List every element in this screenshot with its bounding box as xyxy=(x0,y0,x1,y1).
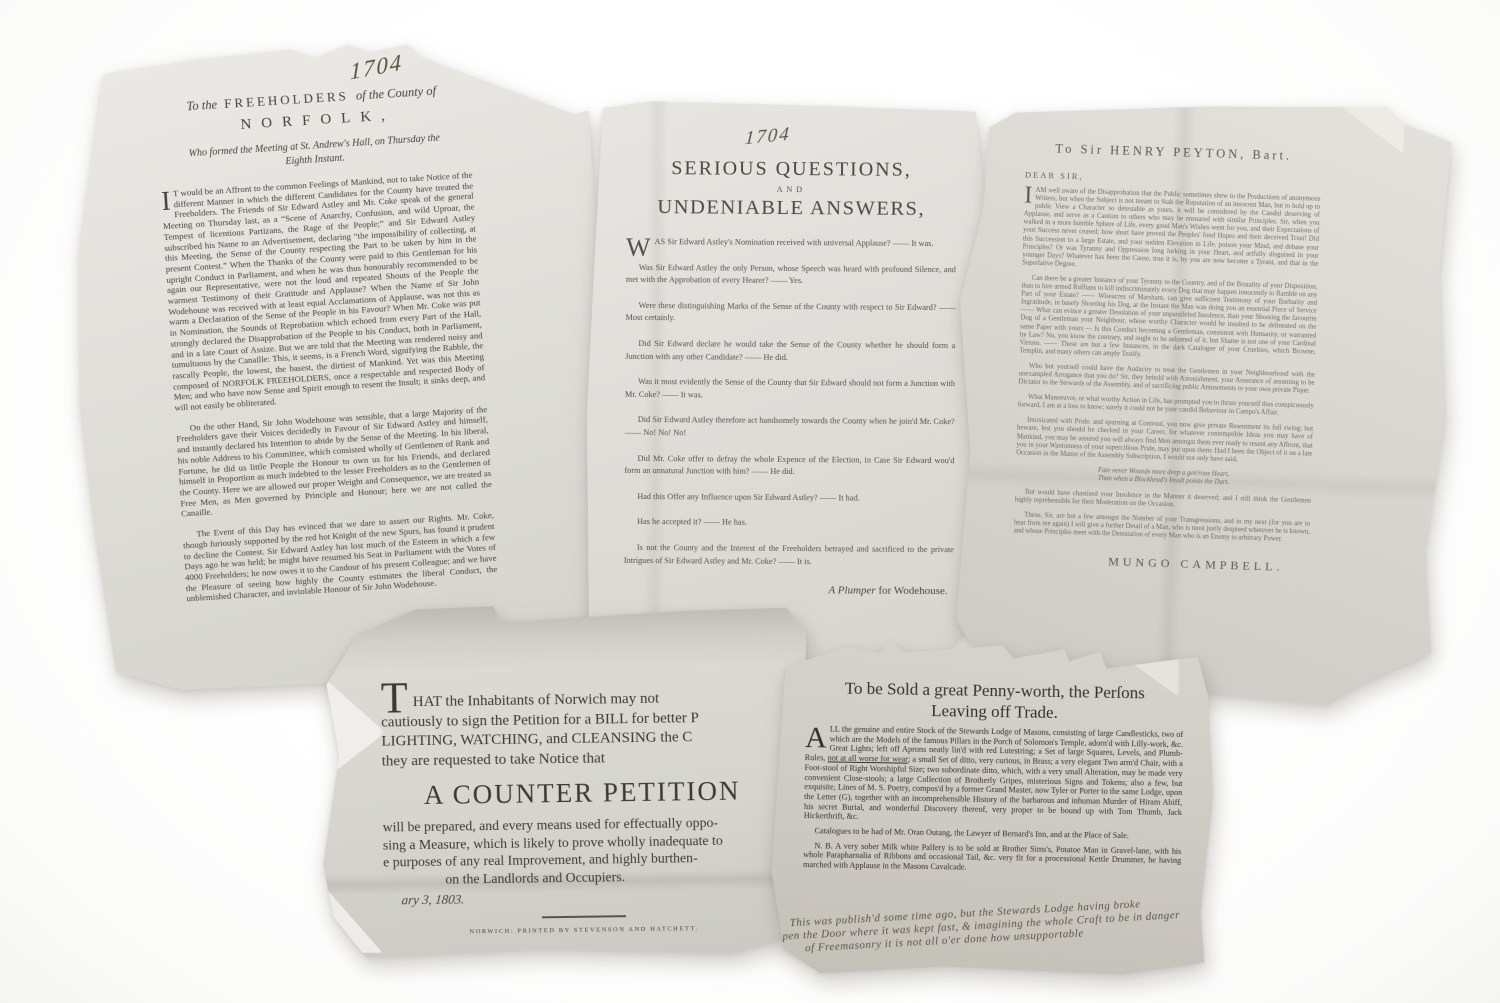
penny-worth-paragraph-3: N. B. A very sober Milk white Palfery is… xyxy=(803,841,1181,876)
penny-worth-underlined-phrase: not at all worse for wear xyxy=(828,754,909,764)
peyton-paragraph-2: Can there be a greater Instance of your … xyxy=(1019,274,1317,364)
peyton-paragraph-7: These, Sir, are but a few amongst the Nu… xyxy=(1014,511,1311,545)
counter-petition-paper-sheet: THAT the Inhabitants of Norwich may not … xyxy=(318,601,811,960)
questions-signature-italic: A Plumper xyxy=(828,584,875,596)
question-answer-item: Was Sir Edward Astley the only Person, w… xyxy=(626,261,956,288)
printers-rule xyxy=(542,915,626,918)
folded-corner xyxy=(1338,105,1406,159)
questions-signature-rest: for Wodehouse. xyxy=(876,585,948,598)
norfolk-title-part-freeholders: FREEHOLDERS xyxy=(224,88,349,111)
peyton-paragraph-6: But would have chastised your Insolence … xyxy=(1015,488,1311,513)
handbill-counter-petition: THAT the Inhabitants of Norwich may not … xyxy=(318,601,811,960)
questions-title-and: AND xyxy=(626,184,956,195)
peyton-verse: Fate never Wounds more deep a gen'rous H… xyxy=(1015,464,1311,490)
question-answer-lead-text: AS Sir Edward Astley's Nomination receiv… xyxy=(655,237,934,248)
penny-worth-paragraph-1-post: ; a small Set of ditto, very curious, in… xyxy=(804,755,1183,821)
broadside-serious-questions: 1704 SERIOUS QUESTIONS, AND UNDENIABLE A… xyxy=(583,99,990,679)
norfolk-text-block: To the FREEHOLDERS of the County of NORF… xyxy=(155,81,498,605)
counter-petition-date: ary 3, 1803. xyxy=(401,887,784,908)
folded-corner xyxy=(321,883,382,954)
peyton-paragraph-1-text: AM well aware of the Disapprobation that… xyxy=(1022,187,1320,268)
norfolk-dropcap: I xyxy=(161,190,171,213)
questions-dropcap: W xyxy=(626,237,651,259)
norfolk-paragraph-3: The Event of this Day has evinced that w… xyxy=(182,510,498,604)
norfolk-paragraph-2: On the other Hand, Sir John Wodehouse wa… xyxy=(175,404,492,520)
penny-worth-paragraph-1: ALL the genuine and entire Stock of the … xyxy=(804,724,1183,827)
question-answer-item: Was it most evidently the Sense of the C… xyxy=(625,376,955,403)
top-fold-crease xyxy=(318,601,807,672)
peyton-text-block: To Sir HENRY PEYTON, Bart. DEAR SIR, IAM… xyxy=(1013,141,1322,576)
norfolk-title-part-to-the: To the xyxy=(186,97,217,113)
handwritten-year-1704: 1704 xyxy=(350,49,403,85)
question-answer-item: Did Mr. Coke offer to defray the whole E… xyxy=(624,452,954,479)
counter-petition-lead-line1-text: HAT the Inhabitants of Norwich may not xyxy=(413,691,660,710)
notice-penny-worth-sale: To be Sold a great Penny-worth, the Perſ… xyxy=(767,637,1215,980)
questions-signature: A Plumper for Wodehouse. xyxy=(624,583,954,597)
norfolk-paragraph-1: IT would be an Affront to the common Fee… xyxy=(161,170,486,414)
counter-petition-headline: A COUNTER PETITION xyxy=(382,775,782,812)
questions-title-line2: UNDENIABLE ANSWERS, xyxy=(626,196,956,221)
peyton-dropcap: I xyxy=(1024,186,1033,204)
question-answer-item: Is not the County and the Interest of th… xyxy=(624,542,954,569)
question-answer-item: Were these distinguishing Marks of the S… xyxy=(625,300,955,327)
letter-henry-peyton: To Sir HENRY PEYTON, Bart. DEAR SIR, IAM… xyxy=(937,90,1458,707)
question-answer-item: Did Sir Edward declare he would take the… xyxy=(625,338,955,365)
norfolk-title-part-county: of the County of xyxy=(356,84,437,103)
peyton-paragraph-4: What Manoeuvre, or what worthy Action in… xyxy=(1018,394,1314,419)
handwritten-year-1704: 1704 xyxy=(744,123,791,150)
questions-title-line1: SERIOUS QUESTIONS, xyxy=(626,157,956,182)
norfolk-paragraph-1-text: T would be an Affront to the common Feel… xyxy=(163,170,486,413)
handwritten-annotation: This was publish'd some time ago, but th… xyxy=(789,895,1201,956)
broadside-norfolk-freeholders: 1704 To the FREEHOLDERS of the County of… xyxy=(30,27,625,701)
photo-canvas: { "photo": { "background": "#ffffff", "p… xyxy=(0,0,1500,1003)
documents-photo: 1704 To the FREEHOLDERS of the County of… xyxy=(0,0,1500,1003)
peyton-paragraph-5: Intoxicated with Pride, and spurning at … xyxy=(1016,417,1313,467)
question-answer-item: Has he accepted it? —— He has. xyxy=(624,516,954,531)
penny-worth-paper-sheet: To be Sold a great Penny-worth, the Perſ… xyxy=(767,637,1215,980)
penny-worth-dropcap: A xyxy=(805,725,827,750)
question-answer-item: Did Sir Edward Astley therefore act hand… xyxy=(625,414,955,441)
peyton-signature: MUNGO CAMPBELL. xyxy=(1013,551,1309,575)
peyton-paper-sheet: To Sir HENRY PEYTON, Bart. DEAR SIR, IAM… xyxy=(937,90,1458,707)
counter-petition-text-block: THAT the Inhabitants of Norwich may not … xyxy=(381,683,784,937)
questions-text-block: SERIOUS QUESTIONS, AND UNDENIABLE ANSWER… xyxy=(624,157,957,597)
question-answer-item: Had this Offer any Influence upon Sir Ed… xyxy=(624,491,954,506)
peyton-salutation: DEAR SIR, xyxy=(1025,169,1321,188)
norfolk-paper-sheet: 1704 To the FREEHOLDERS of the County of… xyxy=(30,27,625,701)
penny-worth-paragraph-2: Catalogues to be had of Mr. Oran Outang,… xyxy=(804,826,1182,842)
printer-imprint: NORWICH: PRINTED BY STEVENSON AND HATCHE… xyxy=(384,924,784,937)
penny-worth-text-block: To be Sold a great Penny-worth, the Perſ… xyxy=(803,677,1184,876)
peyton-heading: To Sir HENRY PEYTON, Bart. xyxy=(1026,141,1322,165)
peyton-paragraph-3: Who but yourself could have the Audacity… xyxy=(1018,362,1315,396)
folded-corner xyxy=(318,666,387,787)
counter-petition-dropcap: T xyxy=(381,688,408,708)
questions-paper-sheet: 1704 SERIOUS QUESTIONS, AND UNDENIABLE A… xyxy=(583,99,990,679)
peyton-paragraph-1: IAM well aware of the Disapprobation tha… xyxy=(1022,186,1320,276)
question-answer-lead: WAS Sir Edward Astley's Nomination recei… xyxy=(626,236,956,251)
